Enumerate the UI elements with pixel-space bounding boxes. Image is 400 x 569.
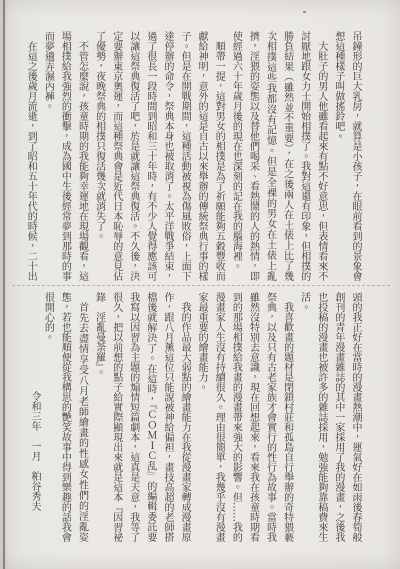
paragraph: 首先去盡情享受八月老師繪畫的性感女性們的淫亂姿態，若也能順便從我構思的艷笑故事中…	[39, 292, 90, 542]
signature-line: 令和三年 一月 粕谷秀夫	[27, 391, 41, 561]
scan-speck	[303, 11, 306, 13]
page-gutter-shadow	[3, 0, 5, 569]
paragraph: 頭的我正好在當時的漫畫熱潮中，運氣好在如雨後春筍般創刊的青年漫畫雜誌的其中一家採…	[296, 292, 364, 542]
text-band-top: 吊鐘形的巨大乳房，就算是小孩子，在眼前看到的景象會想這種樣子叫做搖鈴吧。 大肚子…	[22, 31, 364, 281]
paragraph: 大肚子的男人他雖看起來有點不好意思，但表情看來不討厭地跟女力士開始相撲了。我對這…	[227, 31, 330, 281]
paragraph: 順帶一提，這對男女的相撲是為了祈願能夠五穀豐收而獻給神明，意外的這是自古以來舉辦…	[91, 31, 228, 281]
text-band-bottom: 頭的我正好在當時的漫畫熱潮中，運氣好在如雨後春筍般創刊的青年漫畫雜誌的其中一家採…	[22, 292, 364, 542]
paragraph: 我的作品最大弱點的繪畫能力在我從漫畫家轉成漫畫原作，跟八月薰這位只能說被神給偏袒…	[91, 292, 194, 542]
paragraph: 我喜歡畫的題材是閉鎖村莊和孤島自行舉辦的奇特猥褻祭典，以及只有古老家族才會實行的…	[193, 292, 296, 542]
paragraph: 不管怎麼說，孩童時期的我能夠幸運地在現場觀看，這場相撲給我強烈的衝擊，成為國中生…	[39, 31, 90, 281]
paragraph: 在這之後歲月流逝，到了昭和五十年代的時候，二十出	[22, 31, 39, 281]
scanned-book-page: 吊鐘形的巨大乳房，就算是小孩子，在眼前看到的景象會想這種樣子叫做搖鈴吧。 大肚子…	[0, 0, 400, 569]
band-divider	[12, 285, 390, 286]
paragraph: 吊鐘形的巨大乳房，就算是小孩子，在眼前看到的景象會想這種樣子叫做搖鈴吧。	[330, 31, 364, 281]
